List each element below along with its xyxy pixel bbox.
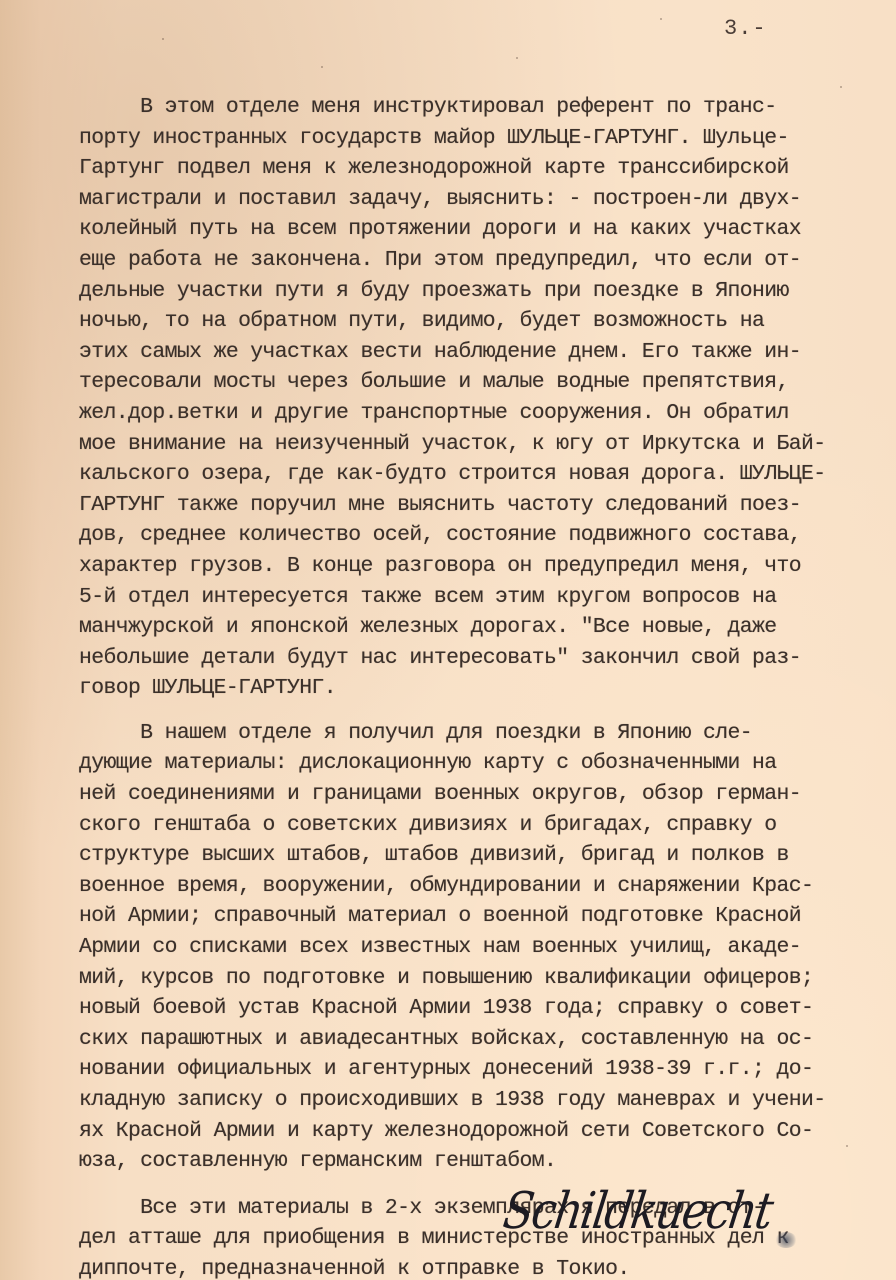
paragraph-instructions: В этом отделе меня инструктировал рефере… xyxy=(79,92,891,704)
text-line: дел атташе для приобщения в министерстве… xyxy=(79,1223,891,1254)
text-line: ГАРТУНГ также поручил мне выяснить часто… xyxy=(79,490,891,521)
text-line: В нашем отделе я получил для поездки в Я… xyxy=(79,718,891,749)
ink-blot xyxy=(775,1232,797,1248)
paper-speck xyxy=(162,38,164,40)
paragraph-materials: В нашем отделе я получил для поездки в Я… xyxy=(79,718,891,1177)
text-line: говор ШУЛЬЦЕ-ГАРТУНГ. xyxy=(79,673,891,704)
text-line: дов, среднее количество осей, состояние … xyxy=(79,520,891,551)
handwritten-signature: Schildkuecht xyxy=(500,1182,775,1241)
text-line: жел.дор.ветки и другие транспортные соор… xyxy=(79,398,891,429)
text-line: Армии со списками всех известных нам вое… xyxy=(79,932,891,963)
text-line: ней соединениями и границами военных окр… xyxy=(79,779,891,810)
text-line: ях Красной Армии и карту железнодорожной… xyxy=(79,1116,891,1147)
text-line: дельные участки пути я буду проезжать пр… xyxy=(79,276,891,307)
text-line: 5-й отдел интересуется также всем этим к… xyxy=(79,582,891,613)
text-line: кладную записку о происходивших в 1938 г… xyxy=(79,1085,891,1116)
text-line: небольшие детали будут нас интересовать"… xyxy=(79,643,891,674)
paper-speck xyxy=(516,57,518,59)
text-line: еще работа не закончена. При этом предуп… xyxy=(79,245,891,276)
text-line: тересовали мосты через большие и малые в… xyxy=(79,367,891,398)
text-line: диппочте, предназначенной к отправке в Т… xyxy=(79,1254,891,1280)
text-line: характер грузов. В конце разговора он пр… xyxy=(79,551,891,582)
text-line: В этом отделе меня инструктировал рефере… xyxy=(79,92,891,123)
page-number: 3.- xyxy=(724,16,767,41)
text-line: юза, составленную германским генштабом. xyxy=(79,1146,891,1177)
paper-speck xyxy=(846,1145,848,1147)
paper-speck xyxy=(840,86,842,88)
paper-speck xyxy=(321,66,323,68)
text-line: манчжурской и японской железных дорогах.… xyxy=(79,612,891,643)
text-line: магистрали и поставил задачу, выяснить: … xyxy=(79,184,891,215)
paragraph-spacer xyxy=(79,704,891,718)
text-line: ского генштаба о советских дивизиях и бр… xyxy=(79,810,891,841)
text-line: Гартунг подвел меня к железнодорожной ка… xyxy=(79,153,891,184)
text-line: ских парашютных и авиадесантных войсках,… xyxy=(79,1024,891,1055)
text-line: мое внимание на неизученный участок, к ю… xyxy=(79,429,891,460)
text-line: мий, курсов по подготовке и повышению кв… xyxy=(79,963,891,994)
text-line: структуре высших штабов, штабов дивизий,… xyxy=(79,840,891,871)
text-line: кальского озера, где как-будто строится … xyxy=(79,459,891,490)
document-page: 3.- В этом отделе меня инструктировал ре… xyxy=(0,0,896,1280)
paper-speck xyxy=(660,18,662,20)
text-line: дующие материалы: дислокационную карту с… xyxy=(79,748,891,779)
text-line: ночью, то на обратном пути, видимо, буде… xyxy=(79,306,891,337)
text-line: этих самых же участках вести наблюдение … xyxy=(79,337,891,368)
text-line: колейный путь на всем протяжении дороги … xyxy=(79,214,891,245)
text-line: военное время, вооружении, обмундировани… xyxy=(79,871,891,902)
text-line: новый боевой устав Красной Армии 1938 го… xyxy=(79,993,891,1024)
document-body: В этом отделе меня инструктировал рефере… xyxy=(79,92,891,1280)
text-line: ной Армии; справочный материал о военной… xyxy=(79,901,891,932)
text-line: новании официальных и агентурных донесен… xyxy=(79,1054,891,1085)
text-line: порту иностранных государств майор ШУЛЬЦ… xyxy=(79,123,891,154)
